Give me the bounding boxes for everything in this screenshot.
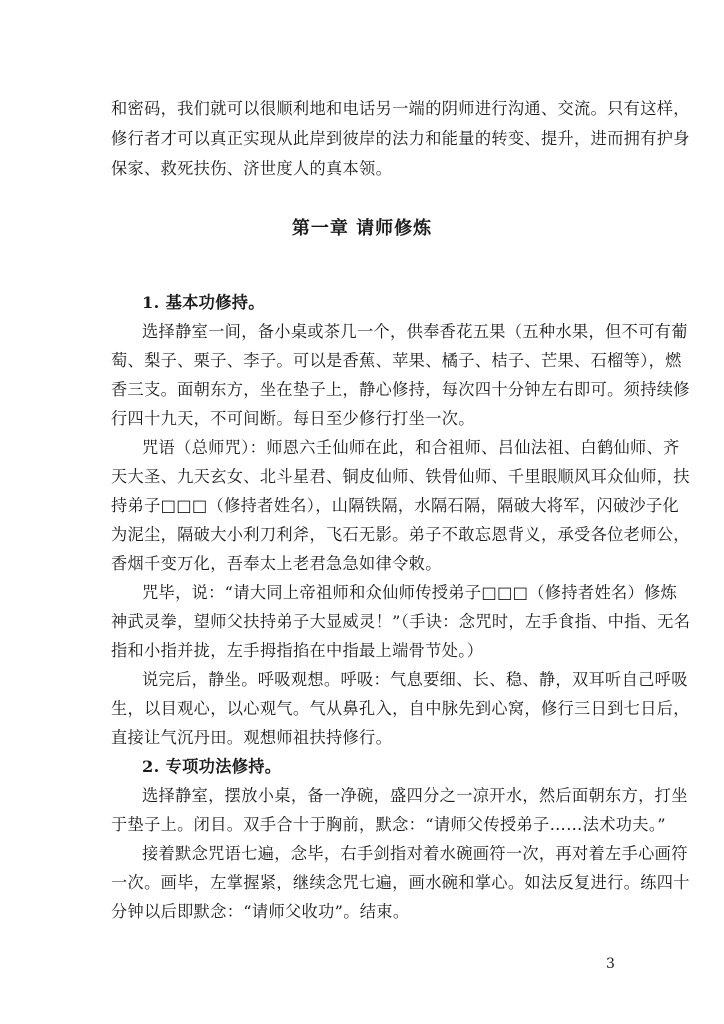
- paragraph-line: 咒语（总师咒）：师恩六壬仙师在此，和合祖师、吕仙法祖、白鹤仙师、齐: [142, 438, 652, 458]
- intro-line: 修行者才可以真正实现从此岸到彼岸的法力和能量的转变、提升，进而拥有护身: [111, 129, 621, 149]
- paragraph-line: 香烟千变万化，吾奉太上老君急急如律令敕。: [111, 554, 621, 574]
- page-number: 3: [606, 955, 615, 973]
- paragraph-line: 于垫子上。闭目。双手合十于胸前，默念：“请师父传授弟子……法术功夫。”: [111, 815, 621, 835]
- paragraph-line: 生，以目观心，以心观气。气从鼻孔入，自中脉先到心窝，修行三日到七日后，: [111, 699, 621, 719]
- intro-line: 保家、救死扶伤、济世度人的真本领。: [111, 159, 621, 179]
- paragraph-line: 神武灵拳，望师父扶持弟子大显威灵！”（手诀：念咒时，左手食指、中指、无名: [111, 612, 621, 632]
- paragraph-line: 指和小指并拢，左手拇指掐在中指最上端骨节处。）: [111, 641, 621, 661]
- paragraph-line: 选择静室一间，备小桌或茶几一个，供奉香花五果（五种水果，但不可有葡: [142, 322, 652, 342]
- paragraph-line: 为泥尘，隔破大小利刀利斧，飞石无影。弟子不敢忘恩背义，承受各位老师公，: [111, 525, 621, 545]
- paragraph-line: 行四十九天，不可间断。每日至少修行打坐一次。: [111, 409, 621, 429]
- paragraph-line: 接着默念咒语七遍，念毕，右手剑指对着水碗画符一次，再对着左手心画符: [142, 844, 652, 864]
- section-heading: 2. 专项功法修持。: [142, 757, 652, 777]
- paragraph-line: 天大圣、九天玄女、北斗星君、铜皮仙师、铁骨仙师、千里眼顺风耳众仙师，扶: [111, 467, 621, 487]
- paragraph-line: 持弟子□□□（修持者姓名），山隔铁隔，水隔石隔，隔破大将军，闪破沙子化: [111, 496, 621, 516]
- intro-line: 和密码，我们就可以很顺利地和电话另一端的阴师进行沟通、交流。只有这样，: [111, 99, 621, 119]
- paragraph-line: 直接让气沉丹田。观想师祖扶持修行。: [111, 728, 621, 748]
- paragraph-line: 香三支。面朝东方，坐在垫子上，静心修持，每次四十分钟左右即可。须持续修: [111, 380, 621, 400]
- chapter-title: 第一章 请师修炼: [0, 217, 724, 241]
- section-heading: 1. 基本功修持。: [142, 293, 652, 313]
- paragraph-line: 选择静室，摆放小桌，备一净碗，盛四分之一凉开水，然后面朝东方，打坐: [142, 786, 652, 806]
- paragraph-line: 咒毕，说：“请大同上帝祖师和众仙师传授弟子□□□（修持者姓名）修炼: [142, 583, 652, 603]
- document-page: 和密码，我们就可以很顺利地和电话另一端的阴师进行沟通、交流。只有这样， 修行者才…: [0, 0, 724, 1024]
- paragraph-line: 萄、梨子、栗子、李子。可以是香蕉、苹果、橘子、桔子、芒果、石榴等），燃: [111, 351, 621, 371]
- paragraph-line: 分钟以后即默念：“请师父收功”。结束。: [111, 902, 621, 922]
- paragraph-line: 一次。画毕，左掌握紧，继续念咒七遍，画水碗和掌心。如法反复进行。练四十: [111, 873, 621, 893]
- paragraph-line: 说完后，静坐。呼吸观想。呼吸：气息要细、长、稳、静，双耳听自己呼吸: [142, 670, 652, 690]
